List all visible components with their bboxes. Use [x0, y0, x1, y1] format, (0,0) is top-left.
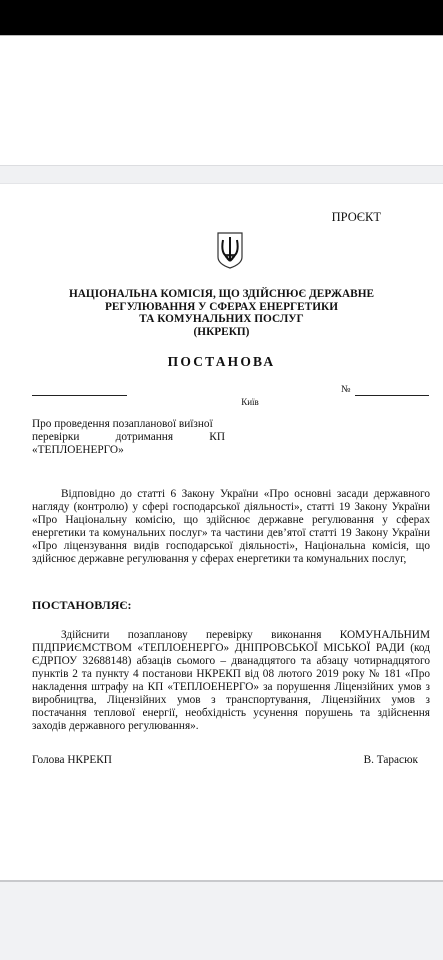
draft-label: ПРОЄКТ [332, 210, 381, 225]
page-gap [0, 165, 443, 184]
status-bar [0, 0, 443, 35]
signatory-role: Голова НКРЕКП [32, 754, 112, 766]
document-title: ПОСТАНОВА [0, 354, 443, 370]
ukraine-coat-of-arms-icon [216, 231, 244, 269]
city: Київ [0, 397, 443, 407]
subject-line: перевірки дотримання КП [32, 431, 225, 444]
subject-line: «ТЕПЛОЕНЕРГО» [32, 444, 225, 457]
org-line: (НКРЕКП) [0, 326, 443, 339]
org-line: РЕГУЛЮВАННЯ У СФЕРАХ ЕНЕРГЕТИКИ [0, 301, 443, 314]
preamble-paragraph: Відповідно до статті 6 Закону України «П… [32, 488, 430, 566]
organization-name: НАЦІОНАЛЬНА КОМІСІЯ, ЩО ЗДІЙСНЮЄ ДЕРЖАВН… [0, 288, 443, 338]
decree-heading: ПОСТАНОВЛЯЄ: [32, 598, 132, 613]
signatory-name: В. Тарасюк [364, 754, 418, 766]
date-blank-line [32, 395, 127, 396]
number-label: № [341, 384, 351, 395]
org-line: ТА КОМУНАЛЬНИХ ПОСЛУГ [0, 313, 443, 326]
subject-line: Про проведення позапланової виїзної [32, 418, 225, 431]
previous-page [0, 35, 443, 165]
document-subject: Про проведення позапланової виїзної пере… [32, 418, 225, 457]
org-line: НАЦІОНАЛЬНА КОМІСІЯ, ЩО ЗДІЙСНЮЄ ДЕРЖАВН… [0, 288, 443, 301]
document-page: ПРОЄКТ НАЦІОНАЛЬНА КОМІСІЯ, ЩО ЗДІЙСНЮЄ … [0, 184, 443, 882]
decree-paragraph: Здійснити позапланову перевірку виконанн… [32, 629, 430, 733]
number-blank-line [355, 395, 429, 396]
